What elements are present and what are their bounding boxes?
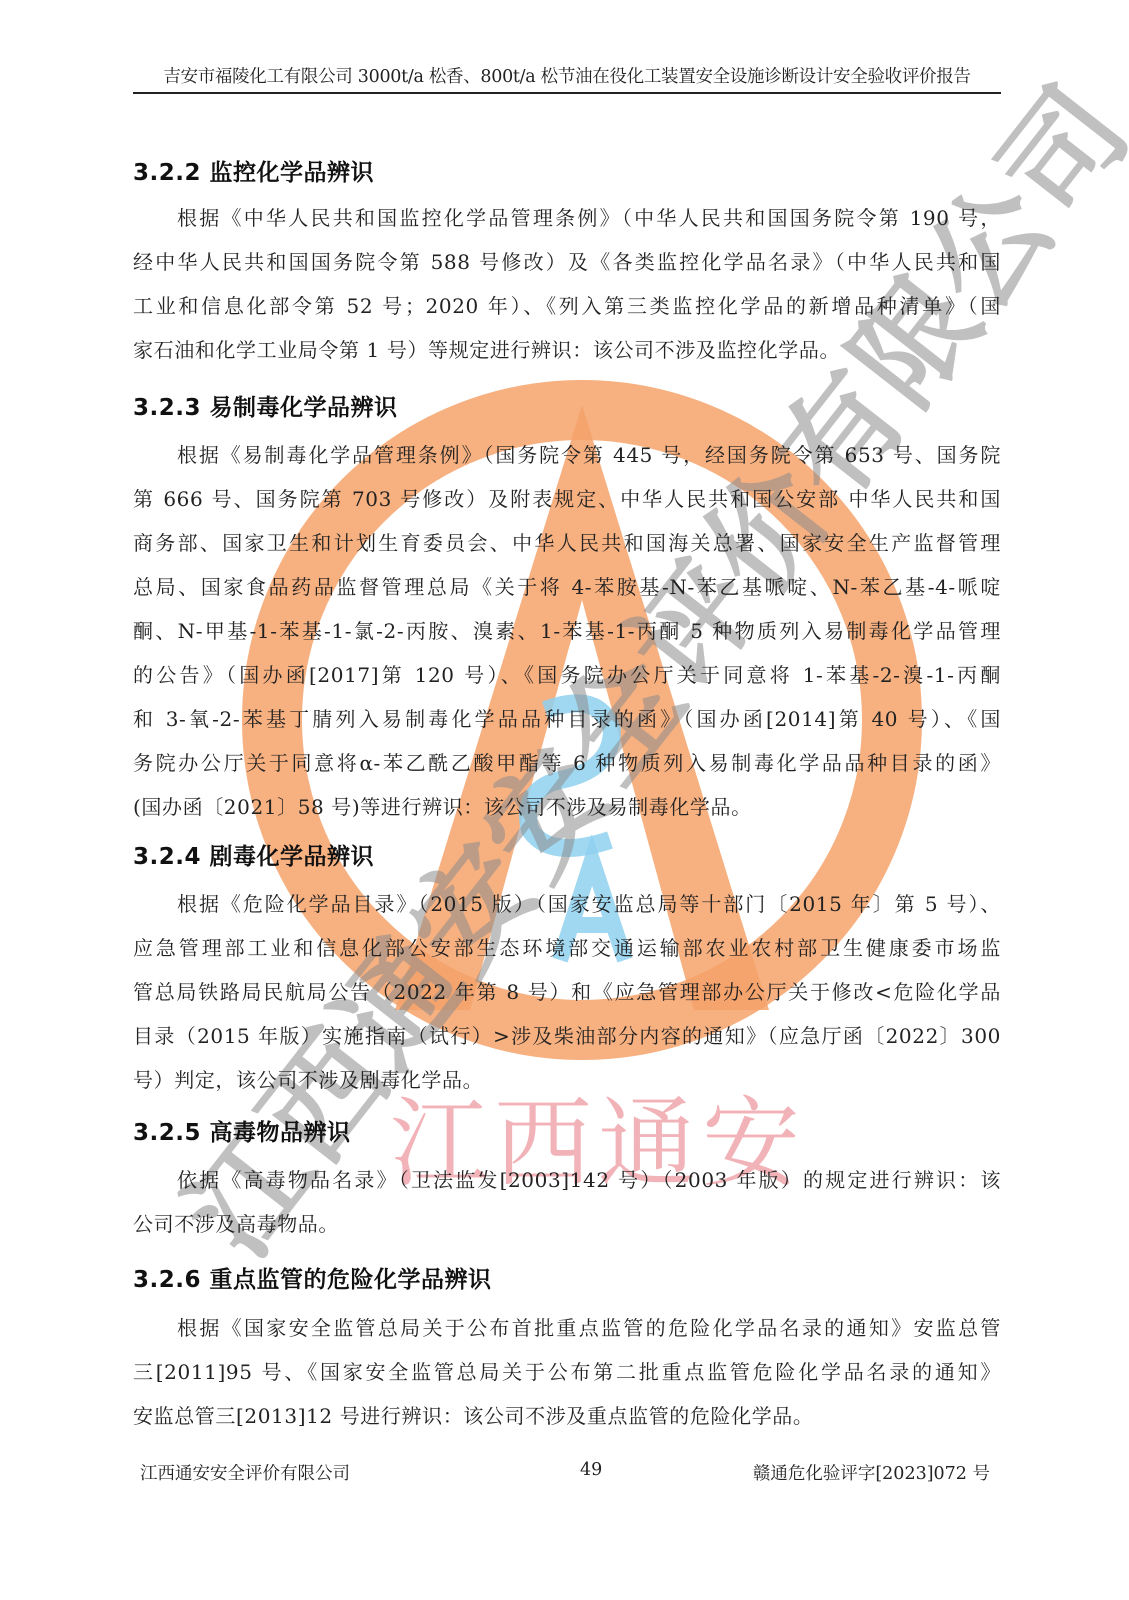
- text-line: 和 3-氧-2-苯基丁腈列入易制毒化学品品种目录的函》（国办函[2014]第 4…: [133, 697, 1001, 741]
- page-footer: 江西通安安全评价有限公司 49 赣通危化验评字[2023]072 号: [140, 1460, 990, 1486]
- text-line: 商务部、国家卫生和计划生育委员会、中华人民共和国海关总署、国家安全生产监督管理: [133, 521, 1001, 565]
- text-line: 管总局铁路局民航局公告（2022 年第 8 号）和《应急管理部办公厅关于修改<危…: [133, 970, 1001, 1014]
- document-page: 吉安市福陵化工有限公司 3000t/a 松香、800t/a 松节油在役化工装置安…: [0, 0, 1129, 1600]
- page-number: 49: [580, 1460, 602, 1480]
- text-line: 家石油和化学工业局令第 1 号）等规定进行辨识：该公司不涉及监控化学品。: [133, 328, 1001, 372]
- text-line: 总局、国家食品药品监督管理总局《关于将 4-苯胺基-N-苯乙基哌啶、N-苯乙基-…: [133, 565, 1001, 609]
- header-rule: [133, 92, 1001, 94]
- text-line: 三[2011]95 号、《国家安全监管总局关于公布第二批重点监管危险化学品名录的…: [133, 1350, 1001, 1394]
- text-line: 工业和信息化部令第 52 号；2020 年）、《列入第三类监控化学品的新增品种清…: [133, 284, 1001, 328]
- footer-company: 江西通安安全评价有限公司: [140, 1460, 350, 1485]
- running-header: 吉安市福陵化工有限公司 3000t/a 松香、800t/a 松节油在役化工装置安…: [133, 64, 1001, 90]
- text-line: 应急管理部工业和信息化部公安部生态环境部交通运输部农业农村部卫生健康委市场监: [133, 926, 1001, 970]
- text-line: 经中华人民共和国国务院令第 588 号修改）及《各类监控化学品名录》（中华人民共…: [133, 240, 1001, 284]
- section-heading-3-2-2: 3.2.2 监控化学品辨识: [133, 158, 374, 188]
- text-line: 第 666 号、国务院第 703 号修改）及附表规定、中华人民共和国公安部 中华…: [133, 477, 1001, 521]
- text-line: 公司不涉及高毒物品。: [133, 1202, 1001, 1246]
- text-line: 务院办公厅关于同意将α-苯乙酰乙酸甲酯等 6 种物质列入易制毒化学品品种目录的函…: [133, 741, 1001, 785]
- text-line: 酮、N-甲基-1-苯基-1-氯-2-丙胺、溴素、1-苯基-1-丙酮 5 种物质列…: [133, 609, 1001, 653]
- section-heading-3-2-6: 3.2.6 重点监管的危险化学品辨识: [133, 1265, 492, 1295]
- section-paragraph-3-2-2: 根据《中华人民共和国监控化学品管理条例》（中华人民共和国国务院令第 190 号，…: [133, 196, 1001, 372]
- text-line: 安监总管三[2013]12 号进行辨识：该公司不涉及重点监管的危险化学品。: [133, 1394, 1001, 1438]
- section-paragraph-3-2-5: 依据《高毒物品名录》（卫法监发[2003]142 号）（2003 年版）的规定进…: [133, 1158, 1001, 1246]
- section-paragraph-3-2-3: 根据《易制毒化学品管理条例》（国务院令第 445 号，经国务院令第 653 号、…: [133, 433, 1001, 829]
- text-line: 根据《危险化学品目录》（2015 版）（国家安监总局等十部门〔2015 年〕第 …: [133, 882, 1001, 926]
- text-line: 依据《高毒物品名录》（卫法监发[2003]142 号）（2003 年版）的规定进…: [133, 1158, 1001, 1202]
- text-line: 根据《中华人民共和国监控化学品管理条例》（中华人民共和国国务院令第 190 号，: [133, 196, 1001, 240]
- text-line: 的公告》（国办函[2017]第 120 号）、《国务院办公厅关于同意将 1-苯基…: [133, 653, 1001, 697]
- section-heading-3-2-3: 3.2.3 易制毒化学品辨识: [133, 393, 398, 423]
- section-heading-3-2-5: 3.2.5 高毒物品辨识: [133, 1118, 351, 1148]
- section-paragraph-3-2-4: 根据《危险化学品目录》（2015 版）（国家安监总局等十部门〔2015 年〕第 …: [133, 882, 1001, 1102]
- text-line: 号）判定，该公司不涉及剧毒化学品。: [133, 1058, 1001, 1102]
- text-line: 目录（2015 年版）实施指南（试行）>涉及柴油部分内容的通知》（应急厅函〔20…: [133, 1014, 1001, 1058]
- text-line: (国办函〔2021〕58 号)等进行辨识：该公司不涉及易制毒化学品。: [133, 785, 1001, 829]
- text-line: 根据《国家安全监管总局关于公布首批重点监管的危险化学品名录的通知》安监总管: [133, 1306, 1001, 1350]
- footer-doc-number: 赣通危化验评字[2023]072 号: [753, 1460, 990, 1485]
- section-paragraph-3-2-6: 根据《国家安全监管总局关于公布首批重点监管的危险化学品名录的通知》安监总管 三[…: [133, 1306, 1001, 1438]
- text-line: 根据《易制毒化学品管理条例》（国务院令第 445 号，经国务院令第 653 号、…: [133, 433, 1001, 477]
- section-heading-3-2-4: 3.2.4 剧毒化学品辨识: [133, 842, 374, 872]
